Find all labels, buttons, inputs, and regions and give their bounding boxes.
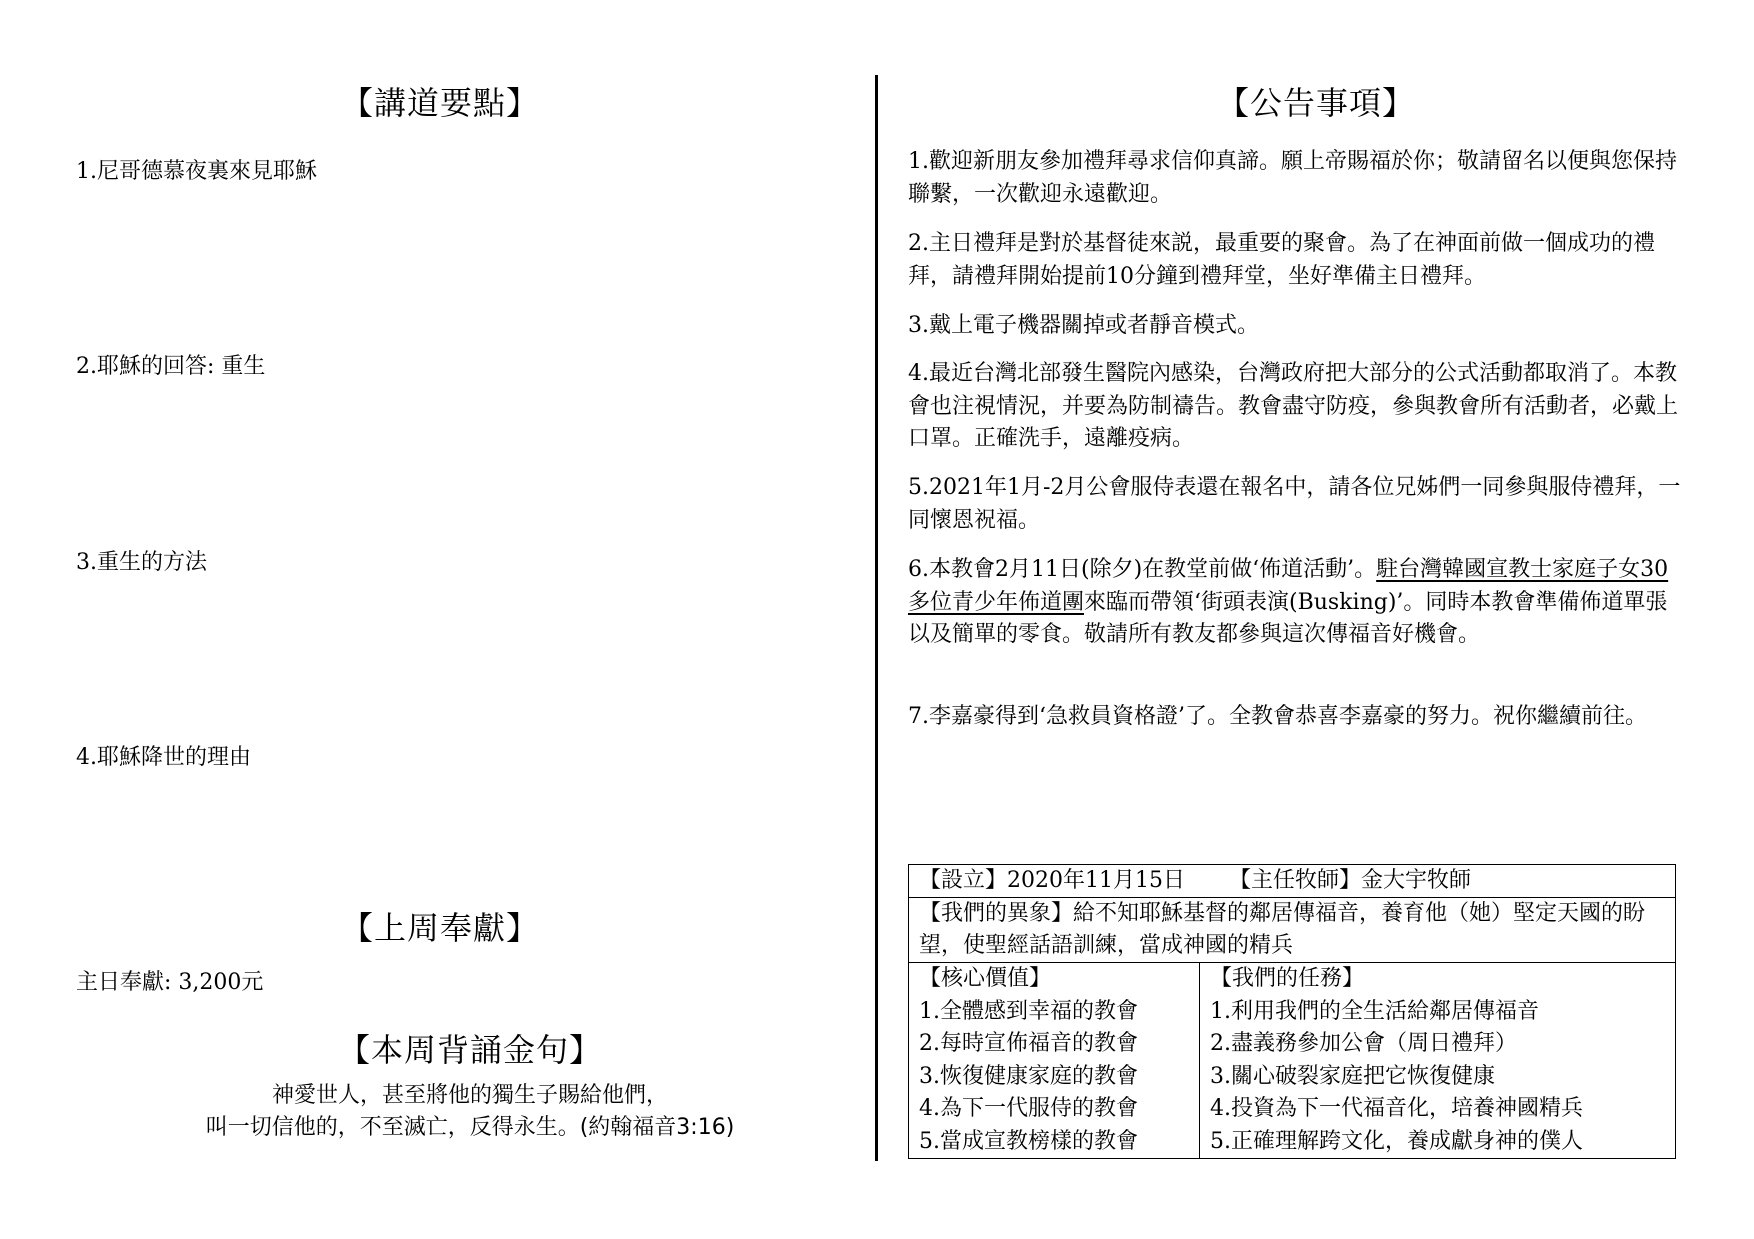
mission-item: 4.投資為下一代福音化，培養神國精兵 — [1210, 1093, 1665, 1126]
announcement-5: 5.2021年1月-2月公會服侍表還在報名中，請各位兄姊們一同參與服侍禮拜，一同… — [908, 472, 1683, 537]
sermon-points-title: 【講道要點】 — [0, 78, 880, 124]
core-value-item: 4.為下一代服侍的教會 — [919, 1093, 1189, 1126]
core-values-cell: 【核心價值】 1.全體感到幸福的教會 2.每時宣佈福音的教會 3.恢復健康家庭的… — [909, 963, 1200, 1159]
announcement-6: 6.本教會2月11日(除夕)在教堂前做‘佈道活動’。駐台灣韓國宣教士家庭子女30… — [908, 554, 1683, 652]
vision-cell: 【我們的異象】給不知耶穌基督的鄰居傳福音，養育他（她）堅定天國的盼望，使聖經話語… — [909, 898, 1676, 963]
offering-amount: 主日奉獻: 3,200元 — [76, 965, 263, 996]
founding-pastor-row: 【設立】2020年11月15日【主任牧師】金大宇牧師 — [909, 865, 1676, 898]
sermon-point-4: 4.耶穌降世的理由 — [76, 740, 251, 771]
sermon-point-1: 1.尼哥德慕夜裏來見耶穌 — [76, 154, 317, 185]
church-info-table: 【設立】2020年11月15日【主任牧師】金大宇牧師 【我們的異象】給不知耶穌基… — [908, 864, 1676, 1159]
column-divider — [875, 75, 878, 1161]
announcement-4: 4.最近台灣北部發生醫院內感染，台灣政府把大部分的公式活動都取消了。本教會也注視… — [908, 358, 1683, 456]
memory-verse-line-1: 神愛世人，甚至將他的獨生子賜給他們， — [120, 1080, 820, 1112]
founded-date: 【設立】2020年11月15日 — [919, 868, 1185, 893]
announcements-title: 【公告事項】 — [878, 78, 1754, 124]
mission-item: 5.正確理解跨文化，養成獻身神的僕人 — [1210, 1126, 1665, 1159]
announcement-7: 7.李嘉豪得到‘急救員資格證’了。全教會恭喜李嘉豪的努力。祝你繼續前往。 — [908, 701, 1683, 734]
mission-title: 【我們的任務】 — [1210, 963, 1665, 996]
memory-verse-title: 【本周背誦金句】 — [120, 1025, 820, 1071]
mission-cell: 【我們的任務】 1.利用我們的全生活給鄰居傳福音 2.盡義務參加公會（周日禮拜）… — [1200, 963, 1676, 1159]
memory-verse-line-2: 叫一切信他的，不至滅亡，反得永生。(約翰福音3:16) — [120, 1112, 820, 1144]
core-values-title: 【核心價值】 — [919, 963, 1189, 996]
offering-title: 【上周奉獻】 — [0, 903, 880, 949]
mission-item: 3.關心破裂家庭把它恢復健康 — [1210, 1061, 1665, 1094]
mission-item: 1.利用我們的全生活給鄰居傳福音 — [1210, 996, 1665, 1029]
sermon-point-3: 3.重生的方法 — [76, 545, 207, 576]
core-value-item: 2.每時宣佈福音的教會 — [919, 1028, 1189, 1061]
mission-item: 2.盡義務參加公會（周日禮拜） — [1210, 1028, 1665, 1061]
senior-pastor: 【主任牧師】金大宇牧師 — [1229, 868, 1471, 893]
announcement-2: 2.主日禮拜是對於基督徒來説，最重要的聚會。為了在神面前做一個成功的禮拜，請禮拜… — [908, 228, 1683, 293]
core-value-item: 1.全體感到幸福的教會 — [919, 996, 1189, 1029]
core-value-item: 3.恢復健康家庭的教會 — [919, 1061, 1189, 1094]
announcement-6-text-a: 6.本教會2月11日(除夕)在教堂前做‘佈道活動’。 — [908, 557, 1376, 582]
core-value-item: 5.當成宣教榜樣的教會 — [919, 1126, 1189, 1159]
sermon-point-2: 2.耶穌的回答: 重生 — [76, 349, 265, 380]
announcement-1: 1.歡迎新朋友參加禮拜尋求信仰真諦。願上帝賜福於你；敬請留名以便與您保持聯繫，一… — [908, 146, 1683, 211]
announcement-3: 3.戴上電子機器關掉或者靜音模式。 — [908, 310, 1683, 343]
memory-verse: 神愛世人，甚至將他的獨生子賜給他們， 叫一切信他的，不至滅亡，反得永生。(約翰福… — [120, 1080, 820, 1144]
